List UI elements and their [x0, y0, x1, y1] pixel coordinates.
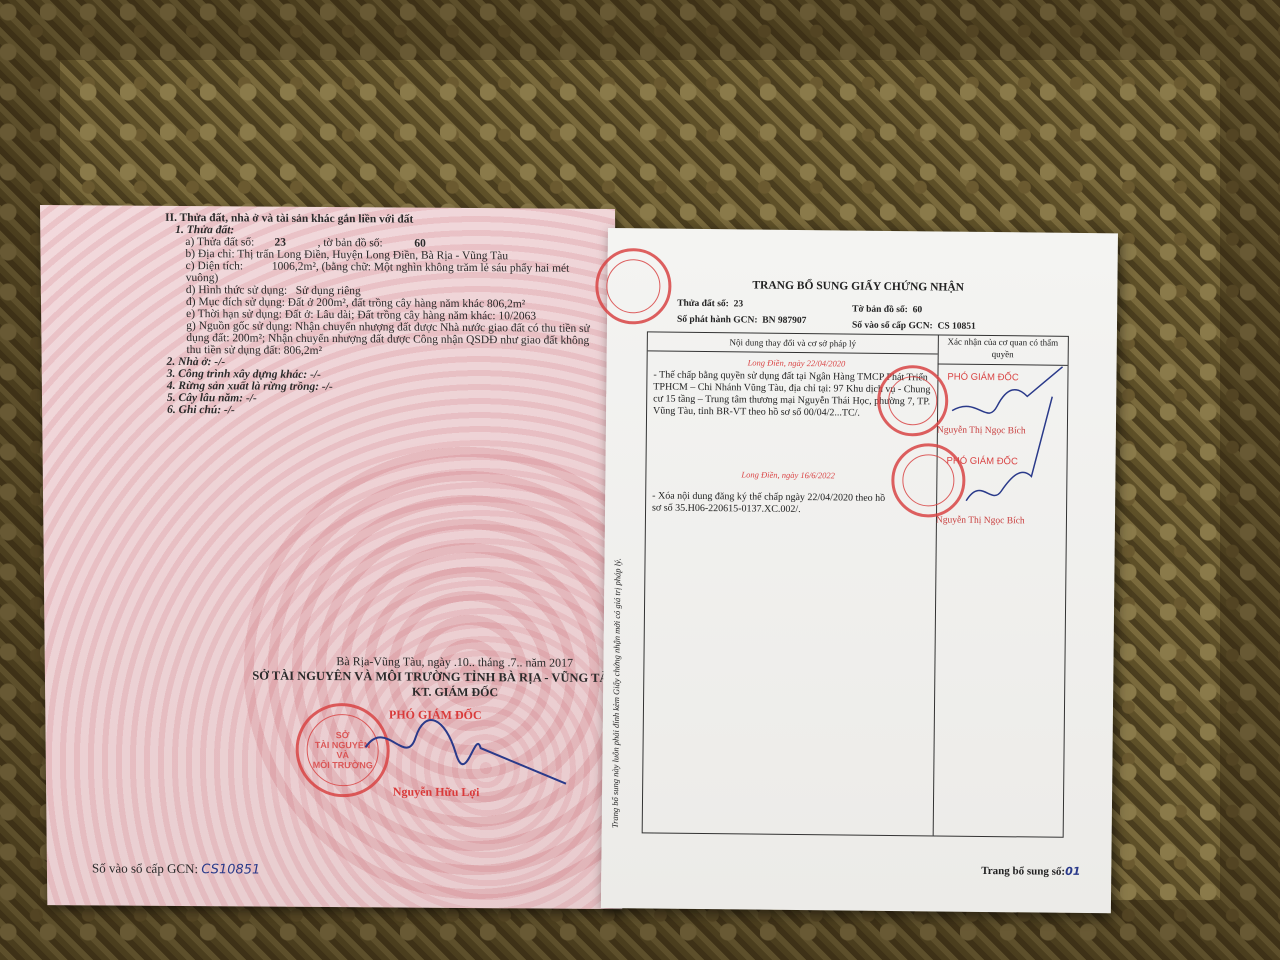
issuing-organization: SỞ TÀI NGUYÊN VÀ MÔI TRƯỜNG TỈNH BÀ RỊA … — [235, 668, 635, 686]
page-edge-stamp — [595, 248, 672, 325]
land-parcel-details: II. Thửa đất, nhà ở và tài sản khác gắn … — [165, 212, 617, 419]
label: c) Diện tích: — [186, 260, 244, 272]
value: CS 10851 — [937, 321, 975, 331]
item-notes: 6. Ghi chú: -/- — [167, 404, 617, 419]
label: a) Thửa đất số: — [185, 236, 254, 248]
entry-content: - Xóa nội dung đăng ký thế chấp ngày 22/… — [652, 490, 887, 516]
label: Số vào sổ cấp GCN: — [852, 321, 933, 332]
label: Số vào sổ cấp GCN: — [92, 860, 198, 876]
label: g) Nguồn gốc sử dụng: — [186, 320, 292, 333]
label: 4. Rừng sản xuất là rừng trồng: — [167, 380, 319, 393]
label: Số phát hành GCN: — [677, 315, 758, 326]
parcel-meta: Thửa đất số: 23 — [677, 299, 743, 310]
label: 6. Ghi chú: — [167, 404, 221, 416]
label: Tờ bản đồ số: — [852, 305, 908, 316]
value: -/- — [214, 356, 225, 368]
signature-icon — [946, 356, 1068, 527]
label: 3. Công trình xây dựng khác: — [167, 368, 308, 381]
label: d) Hình thức sử dụng: — [186, 284, 287, 297]
gcn-value: CS10851 — [201, 862, 260, 877]
label: , tờ bản đồ số: — [317, 237, 382, 249]
supplement-page-number: Trang bổ sung số:01 — [981, 864, 1080, 878]
label: 5. Cây lâu năm: — [167, 392, 243, 405]
certificate-left-page: II. Thửa đất, nhà ở và tài sản khác gắn … — [40, 205, 622, 909]
supplement-title: TRANG BỔ SUNG GIẤY CHỨNG NHẬN — [752, 280, 964, 294]
value: -/- — [224, 404, 235, 416]
area-row: c) Diện tích: 1006,2m², (bằng chữ: Một n… — [166, 260, 586, 287]
origin-row: g) Nguồn gốc sử dụng: Nhận chuyển nhượng… — [166, 320, 606, 359]
value: 60 — [913, 305, 923, 315]
map-meta: Tờ bản đồ số: 60 — [852, 305, 922, 316]
label: e) Thời hạn sử dụng: — [186, 308, 282, 321]
area-value: 1006,2m², (bằng chữ: Một nghìn không tră… — [186, 261, 570, 285]
entry-date-note: Long Điền, ngày 22/04/2020 — [748, 357, 846, 368]
label: b) Địa chỉ: — [185, 248, 234, 260]
signer-role: KT. GIÁM ĐỐC — [275, 684, 635, 702]
value: -/- — [310, 369, 321, 381]
issue-meta: Số phát hành GCN: BN 987907 — [677, 315, 806, 326]
usage-form-value: Sử dụng riêng — [296, 285, 361, 297]
gcn-book-number: Số vào sổ cấp GCN: CS10851 — [92, 860, 261, 877]
signature-icon — [345, 707, 606, 789]
legal-side-note: Trang bổ sung này luôn phải đính kèm Giấ… — [610, 558, 623, 828]
label: 2. Nhà ở: — [167, 356, 212, 368]
changes-table: Nội dung thay đổi và cơ sở pháp lý Xác n… — [642, 331, 1069, 837]
entry-date-note: Long Điền, ngày 16/6/2022 — [741, 469, 835, 480]
label: Thửa đất số: — [677, 299, 729, 310]
value: 23 — [734, 299, 744, 309]
book-meta: Số vào sổ cấp GCN: CS 10851 — [852, 321, 976, 332]
label: Trang bổ sung số: — [981, 865, 1065, 878]
entry-stamp — [877, 365, 949, 437]
certificate-supplement-page: TRANG BỔ SUNG GIẤY CHỨNG NHẬN Thửa đất s… — [601, 228, 1118, 913]
label: đ) Mục đích sử dụng: — [186, 296, 285, 309]
value: BN 987907 — [762, 316, 806, 326]
value: -/- — [322, 381, 333, 393]
value: -/- — [246, 392, 257, 404]
column-header-content: Nội dung thay đổi và cơ sở pháp lý — [648, 332, 938, 354]
map-sheet-number: 60 — [414, 238, 426, 250]
value: 01 — [1065, 865, 1080, 878]
parcel-number: 23 — [274, 237, 286, 249]
